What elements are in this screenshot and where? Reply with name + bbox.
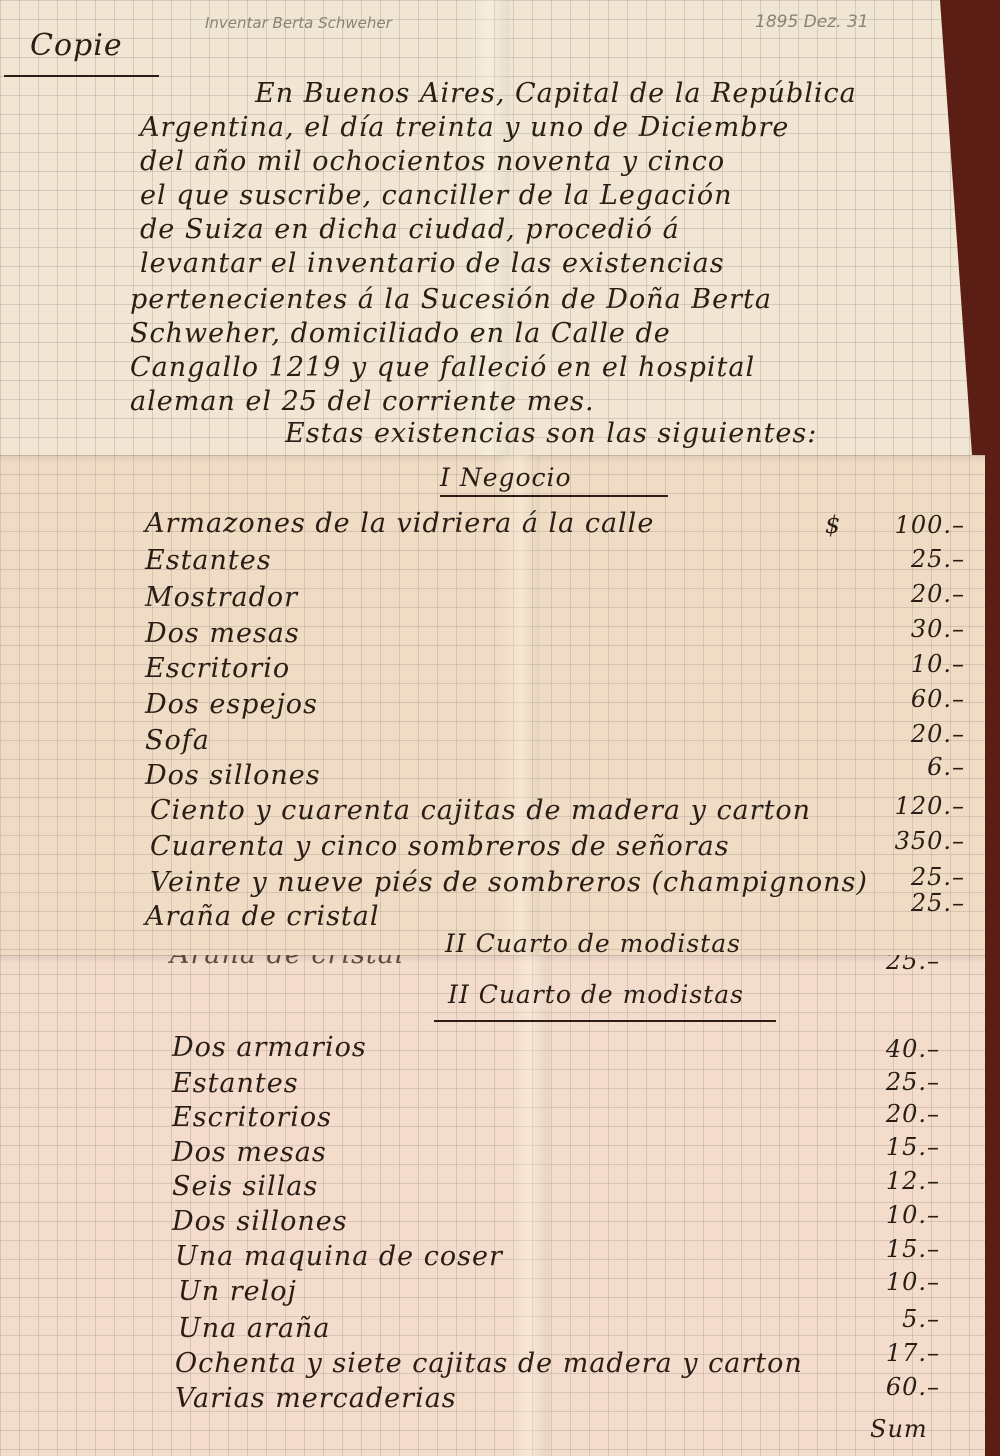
photo-panel-middle: I Negocio Armazones de la vidriera á la …	[0, 455, 985, 955]
list-item-label: Estantes	[145, 545, 272, 576]
list-item-label: Escritorios	[172, 1102, 332, 1133]
list-item-value: 350.–	[855, 827, 965, 855]
carryover-note: Sum	[870, 1415, 980, 1443]
list-item-value: 10.–	[830, 1268, 940, 1296]
section-underline	[440, 495, 668, 497]
list-item-value: 60.–	[830, 1373, 940, 1401]
paragraph-line: pertenecientes á la Sucesión de Doña Ber…	[130, 284, 772, 315]
section-heading-negocio: I Negocio	[440, 463, 572, 492]
list-item-label: Dos sillones	[145, 760, 321, 791]
overlap-fragment-value: 25.–	[830, 955, 940, 975]
list-item-value: 5.–	[830, 1305, 940, 1333]
paragraph-line: de Suiza en dicha ciudad, procedió á	[140, 214, 680, 245]
list-item-label: Dos mesas	[145, 618, 300, 649]
list-item-label: Mostrador	[145, 582, 298, 613]
list-item-label: Una araña	[178, 1313, 330, 1344]
list-item-value: 10.–	[855, 650, 965, 678]
section-heading-modistas-preview: II Cuarto de modistas	[445, 929, 741, 955]
list-item-value: 15.–	[830, 1133, 940, 1161]
paper-fold	[510, 955, 550, 1456]
paragraph-line: Schweher, domiciliado en la Calle de	[130, 318, 671, 349]
paragraph-line: Estas existencias son las siguientes:	[285, 418, 817, 449]
list-item-label: Varias mercaderias	[175, 1383, 457, 1414]
list-item-value: 25.–	[855, 863, 965, 891]
list-item-value: 30.–	[855, 615, 965, 643]
paragraph-line: aleman el 25 del corriente mes.	[130, 386, 595, 417]
paragraph-line: Cangallo 1219 y que falleció en el hospi…	[130, 352, 755, 383]
panel-edge	[0, 455, 985, 463]
paragraph-line: el que suscribe, canciller de la Legació…	[140, 180, 733, 211]
list-item-value: 12.–	[830, 1167, 940, 1195]
list-item-value: 25.–	[855, 545, 965, 573]
list-item-label: Sofa	[145, 725, 210, 756]
title-underline	[4, 75, 159, 77]
list-item-label: Dos armarios	[172, 1032, 367, 1063]
list-item-value: 25.–	[855, 889, 965, 917]
list-item-value: 20.–	[855, 720, 965, 748]
list-item-label: Escritorio	[145, 653, 290, 684]
currency-mark: $	[825, 511, 855, 539]
list-item-label: Seis sillas	[172, 1171, 318, 1202]
list-item-label: Ochenta y siete cajitas de madera y cart…	[175, 1348, 803, 1379]
list-item-value: 100.–	[855, 511, 965, 539]
list-item-label: Dos mesas	[172, 1137, 327, 1168]
list-item-value: 10.–	[830, 1201, 940, 1229]
list-item-value: 25.–	[830, 1068, 940, 1096]
paragraph-line: Argentina, el día treinta y uno de Dicie…	[140, 112, 789, 143]
list-item-label: Armazones de la vidriera á la calle	[145, 508, 654, 539]
photo-panel-bottom: Araña de cristal 25.– II Cuarto de modis…	[0, 955, 985, 1456]
list-item-value: 120.–	[855, 792, 965, 820]
list-item-value: 15.–	[830, 1235, 940, 1263]
paragraph-line: En Buenos Aires, Capital de la República	[255, 78, 857, 109]
list-item-label: Un reloj	[178, 1276, 297, 1307]
list-item-value: 20.–	[830, 1100, 940, 1128]
paragraph-line: del año mil ochocientos noventa y cinco	[140, 146, 725, 177]
list-item-value: 20.–	[855, 580, 965, 608]
list-item-label: Araña de cristal	[145, 901, 380, 932]
pencil-annotation-date: 1895 Dez. 31	[755, 12, 869, 32]
list-item-label: Dos sillones	[172, 1206, 348, 1237]
list-item-label: Una maquina de coser	[175, 1241, 503, 1272]
section-underline	[434, 1020, 776, 1022]
list-item-value: 40.–	[830, 1035, 940, 1063]
list-item-label: Veinte y nueve piés de sombreros (champi…	[150, 867, 868, 898]
list-item-value: 6.–	[855, 753, 965, 781]
photo-panel-top: Inventar Berta Schweher 1895 Dez. 31 Cop…	[0, 0, 972, 455]
paragraph-line: levantar el inventario de las existencia…	[140, 248, 725, 279]
list-item-label: Ciento y cuarenta cajitas de madera y ca…	[150, 795, 811, 826]
list-item-label: Cuarenta y cinco sombreros de señoras	[150, 831, 730, 862]
list-item-value: 60.–	[855, 685, 965, 713]
section-heading-modistas: II Cuarto de modistas	[448, 980, 744, 1009]
pencil-annotation-name: Inventar Berta Schweher	[205, 14, 392, 32]
document-title: Copie	[30, 28, 123, 63]
list-item-value: 17.–	[830, 1339, 940, 1367]
overlap-fragment-label: Araña de cristal	[170, 955, 405, 970]
list-item-label: Dos espejos	[145, 689, 318, 720]
list-item-label: Estantes	[172, 1068, 299, 1099]
